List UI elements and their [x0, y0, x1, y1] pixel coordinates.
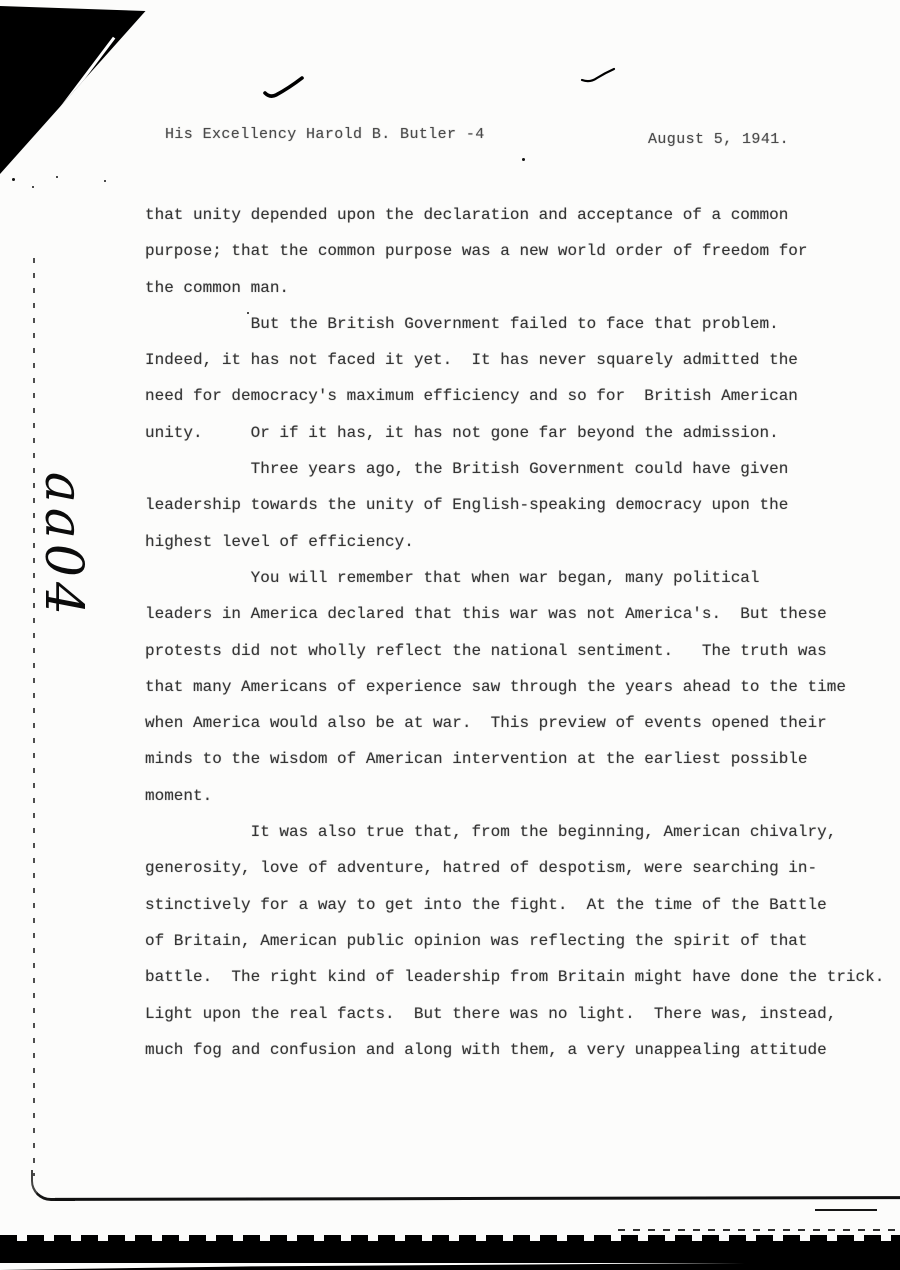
text-line: stinctively for a way to get into the fi…	[145, 887, 900, 923]
noise-speck	[12, 178, 15, 181]
scanner-black-band-wedge	[0, 1262, 900, 1270]
page-left-edge-line	[33, 258, 35, 1176]
scanner-black-band	[0, 1241, 900, 1263]
text-line: that unity depended upon the declaration…	[145, 197, 900, 233]
date-header: August 5, 1941.	[648, 131, 789, 148]
noise-speck	[56, 176, 58, 178]
text-line: that many Americans of experience saw th…	[145, 669, 900, 705]
text-line: generosity, love of adventure, hatred of…	[145, 850, 900, 886]
noise-speck	[522, 158, 525, 161]
text-line: Three years ago, the British Government …	[145, 451, 900, 487]
text-line: Indeed, it has not faced it yet. It has …	[145, 342, 900, 378]
corner-fold-crease	[17, 37, 116, 167]
page-bottom-edge-line	[55, 1196, 900, 1201]
noise-speck	[104, 180, 106, 182]
scanned-letter-page: His Excellency Harold B. Butler -4 Augus…	[0, 0, 900, 1270]
letter-body: that unity depended upon the declaration…	[145, 197, 900, 1068]
text-line: protests did not wholly reflect the nati…	[145, 633, 900, 669]
text-line: But the British Government failed to fac…	[145, 306, 900, 342]
text-line: need for democracy's maximum efficiency …	[145, 378, 900, 414]
text-line: of Britain, American public opinion was …	[145, 923, 900, 959]
recipient-header: His Excellency Harold B. Butler -4	[165, 126, 485, 143]
text-line: moment.	[145, 778, 900, 814]
text-line: You will remember that when war began, m…	[145, 560, 900, 596]
scan-artifact-dash	[815, 1209, 877, 1211]
text-line: leaders in America declared that this wa…	[145, 596, 900, 632]
noise-speck	[247, 312, 249, 314]
pen-tick-mark-icon	[263, 74, 305, 102]
pen-tick-mark-icon	[580, 66, 616, 86]
text-line: It was also true that, from the beginnin…	[145, 814, 900, 850]
text-line: minds to the wisdom of American interven…	[145, 741, 900, 777]
noise-speck	[32, 186, 34, 188]
text-line: purpose; that the common purpose was a n…	[145, 233, 900, 269]
handwritten-annotation-text: aa04	[37, 472, 89, 620]
corner-fold-artifact	[0, 6, 150, 174]
text-line: when America would also be at war. This …	[145, 705, 900, 741]
page-corner-edge-line	[31, 1170, 75, 1201]
text-line: highest level of efficiency.	[145, 524, 900, 560]
text-line: leadership towards the unity of English-…	[145, 487, 900, 523]
text-line: battle. The right kind of leadership fro…	[145, 959, 900, 995]
handwritten-annotation: aa04	[8, 466, 118, 626]
scan-artifact-dotted-line	[618, 1229, 900, 1231]
text-line: unity. Or if it has, it has not gone far…	[145, 415, 900, 451]
text-line: the common man.	[145, 270, 900, 306]
text-line: much fog and confusion and along with th…	[145, 1032, 900, 1068]
text-line: Light upon the real facts. But there was…	[145, 996, 900, 1032]
